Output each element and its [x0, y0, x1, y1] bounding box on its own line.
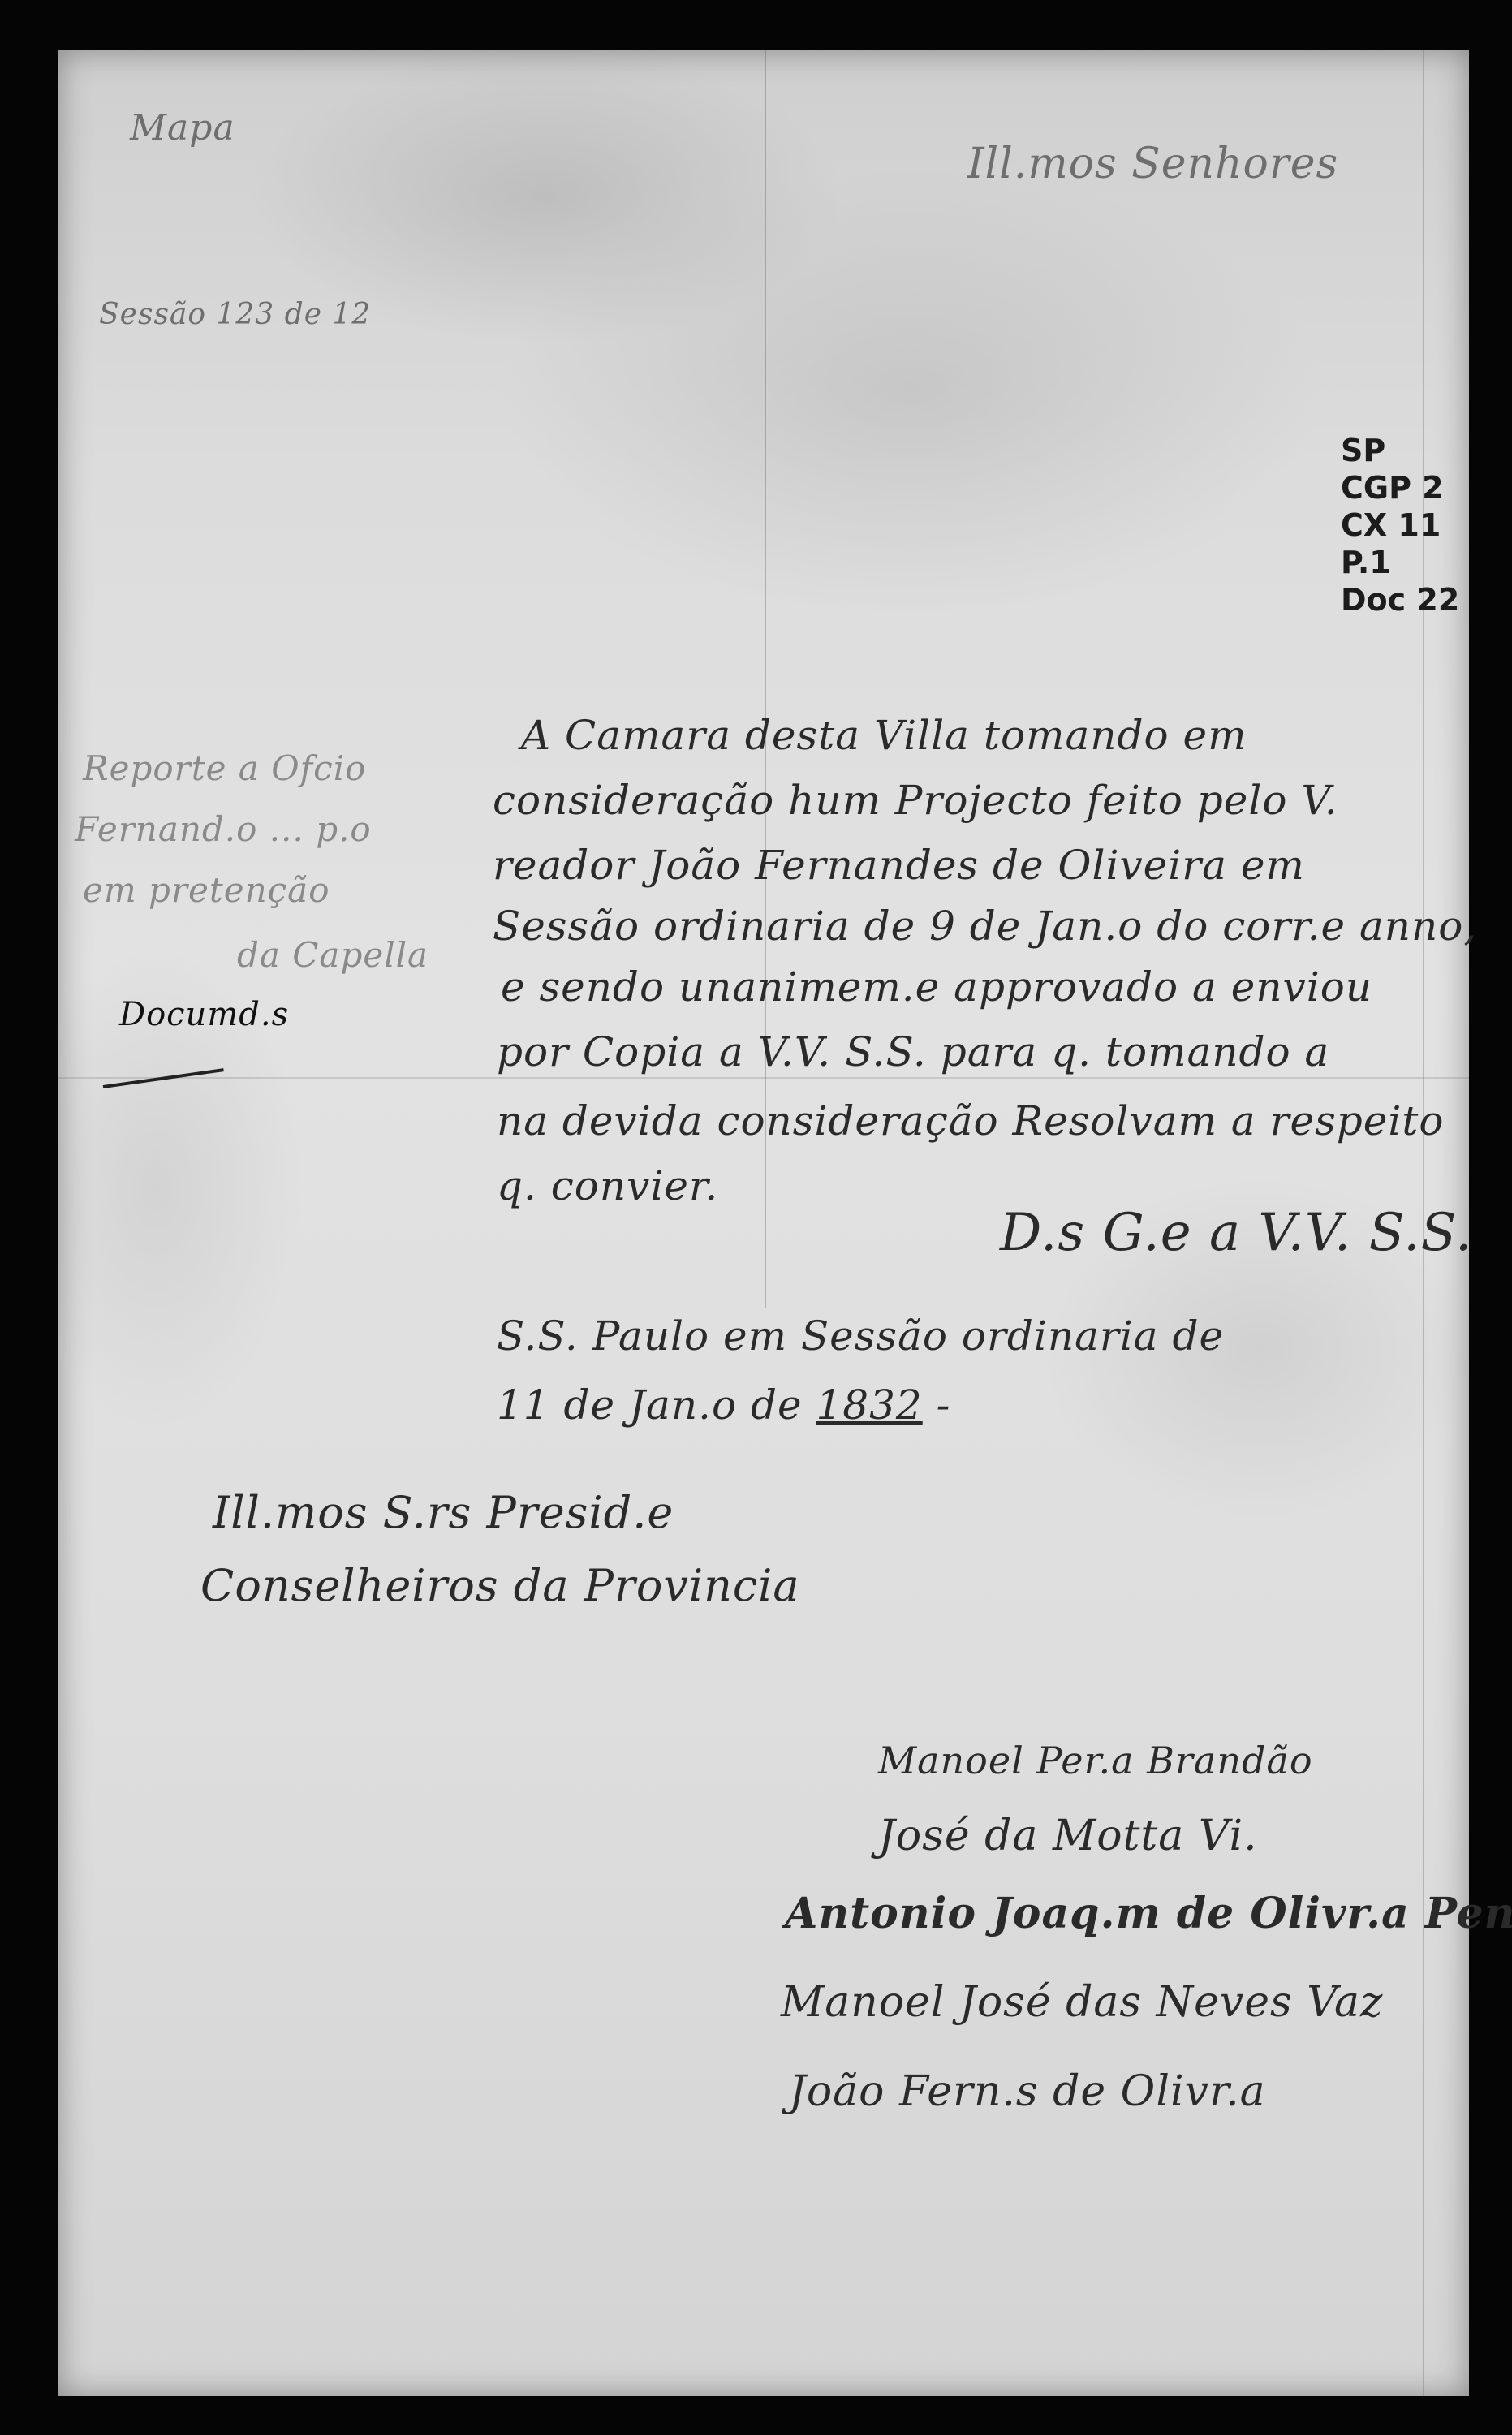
- archive-reference: SP CGP 2 CX 11 P.1 Doc 22: [1341, 432, 1459, 618]
- salutation: Ill.mos Senhores: [967, 140, 1338, 188]
- place-date-line: 11 de Jan.o de 1832 -: [497, 1381, 951, 1429]
- horizontal-fold-crease: [58, 1077, 1469, 1079]
- body-line: q. convier.: [497, 1162, 718, 1209]
- archive-ref-line: CGP 2: [1341, 469, 1459, 506]
- signature: João Fern.s de Olivr.a: [789, 2067, 1266, 2116]
- date-year: 1832: [816, 1381, 922, 1429]
- manuscript-page: Mapa Sessão 123 de 12 Ill.mos Senhores S…: [58, 50, 1469, 2396]
- closing-formula: D.s G.e a V.V. S.S.: [1000, 1203, 1472, 1263]
- body-line: e sendo unanimem.e approvado a enviou: [501, 963, 1372, 1011]
- date-prefix: 11 de Jan.o de: [497, 1381, 816, 1429]
- body-line: na devida consideração Resolvam a respei…: [497, 1097, 1445, 1144]
- margin-note-line: em pretenção: [83, 870, 330, 910]
- archive-ref-line: CX 11: [1341, 506, 1459, 544]
- archive-ref-line: Doc 22: [1341, 581, 1459, 618]
- signature: Antonio Joaq.m de Olivr.a Penna: [785, 1889, 1512, 1938]
- date-suffix: -: [923, 1381, 951, 1429]
- body-line: consideração hum Projecto feito pelo V.: [493, 777, 1338, 824]
- addressee-line: Conselheiros da Provincia: [200, 1560, 800, 1611]
- margin-note-line: Fernand.o ... p.o: [75, 809, 372, 849]
- body-line: por Copia a V.V. S.S. para q. tomando a: [497, 1028, 1329, 1075]
- scan-background: Mapa Sessão 123 de 12 Ill.mos Senhores S…: [0, 0, 1512, 2435]
- signature: Manoel Per.a Brandão: [878, 1739, 1313, 1782]
- top-left-reference: Sessão 123 de 12: [99, 298, 371, 331]
- addressee-line: Ill.mos S.rs Presid.e: [213, 1487, 674, 1538]
- margin-note-line: da Capella: [237, 935, 429, 975]
- body-line: Sessão ordinaria de 9 de Jan.o do corr.e…: [493, 903, 1477, 950]
- body-line: A Camara desta Villa tomando em: [521, 712, 1247, 759]
- archive-ref-line: P.1: [1341, 544, 1459, 581]
- margin-dark-note: Documd.s: [119, 996, 289, 1033]
- signature: José da Motta Vi.: [878, 1812, 1258, 1860]
- archive-ref-line: SP: [1341, 432, 1459, 469]
- signature: Manoel José das Neves Vaz: [781, 1978, 1383, 2027]
- body-line: reador João Fernandes de Oliveira em: [493, 842, 1305, 889]
- top-left-note: Mapa: [130, 107, 235, 149]
- margin-note-line: Reporte a Ofcio: [83, 748, 366, 788]
- place-date-line: S.S. Paulo em Sessão ordinaria de: [497, 1312, 1224, 1360]
